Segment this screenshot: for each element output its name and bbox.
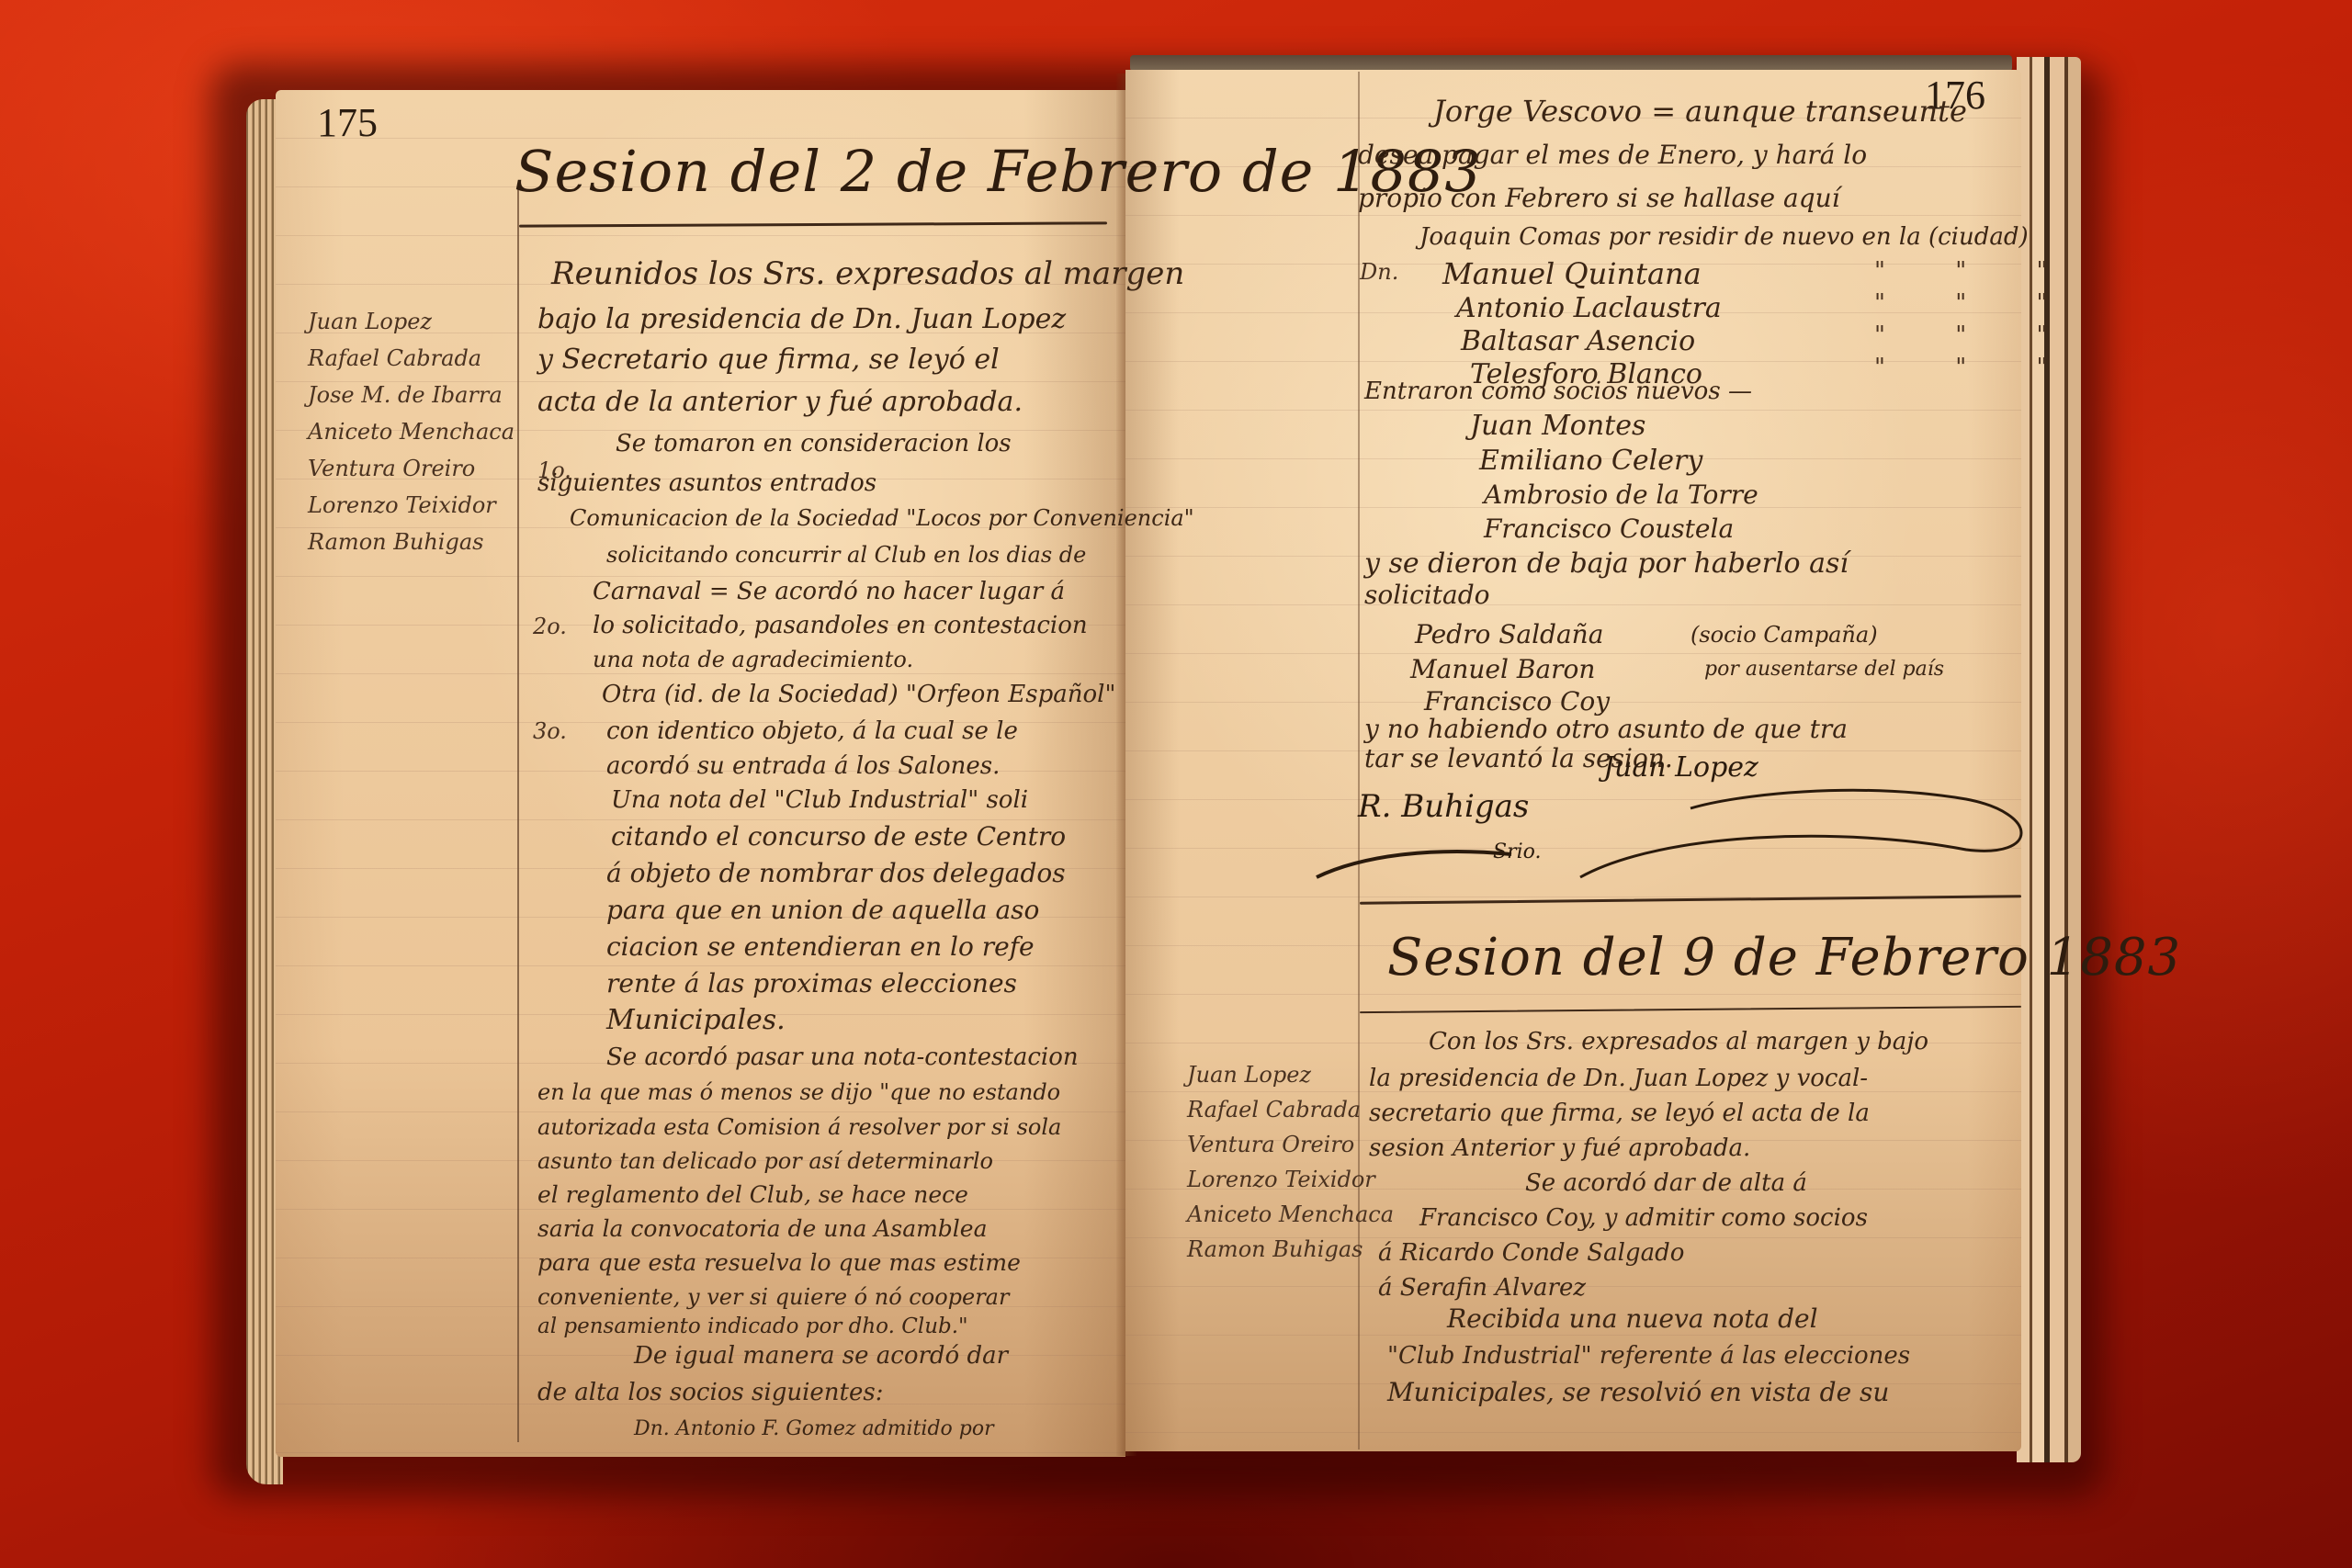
body-line: Reunidos los Srs. expresados al margen — [551, 250, 1184, 298]
body-line: y Secretario que firma, se leyó el — [537, 336, 1000, 384]
ordinal-2: 2o. — [533, 614, 567, 639]
attendee: Lorenzo Teixidor — [308, 487, 496, 524]
body-line: Municipales, se resolvió en vista de su — [1387, 1369, 1889, 1416]
attendee: Aniceto Menchaca — [308, 413, 514, 450]
attendee: Jose M. de Ibarra — [308, 377, 503, 413]
attendee: Aniceto Menchaca — [1187, 1196, 1394, 1233]
ordinal-3: 3o. — [533, 718, 567, 744]
left-page-number: 175 — [317, 99, 378, 146]
attendee: Ventura Oreiro — [308, 450, 475, 487]
body-line: desea pagar el mes de Enero, y hará lo — [1358, 131, 1867, 179]
ditto-marks: " " " — [1874, 289, 2078, 317]
attendee: Rafael Cabrada — [308, 340, 481, 377]
ditto-marks: " " " — [1874, 257, 2078, 285]
attendee: Lorenzo Teixidor — [1187, 1161, 1375, 1198]
attendee: Rafael Cabrada — [1187, 1091, 1361, 1128]
body-line: Dn. Antonio F. Gomez admitido por — [634, 1405, 994, 1453]
member-note: por ausentarse del país — [1704, 646, 1944, 694]
left-session-title: Sesion del 2 de Febrero de 1883 — [514, 138, 1482, 205]
attendee: Ramon Buhigas — [1187, 1231, 1363, 1268]
attendee: Ventura Oreiro — [1187, 1126, 1354, 1163]
body-line: Jorge Vescovo = aunque transeunte — [1433, 87, 1967, 135]
secretary-signature: R. Buhigas — [1358, 788, 1529, 825]
right-session-title: Sesion del 9 de Febrero 1883 — [1387, 928, 2181, 987]
attendee: Juan Lopez — [1187, 1056, 1311, 1093]
left-margin-rule — [517, 184, 519, 1442]
don-prefix: Dn. — [1360, 259, 1398, 285]
president-signature-flourish — [1525, 744, 2040, 882]
attendee: Ramon Buhigas — [308, 524, 483, 560]
ditto-marks: " " " — [1874, 321, 2078, 349]
attendee: Juan Lopez — [308, 303, 432, 340]
secretary-signature-flourish — [1309, 827, 1530, 900]
ditto-marks: " " " — [1874, 354, 2078, 381]
